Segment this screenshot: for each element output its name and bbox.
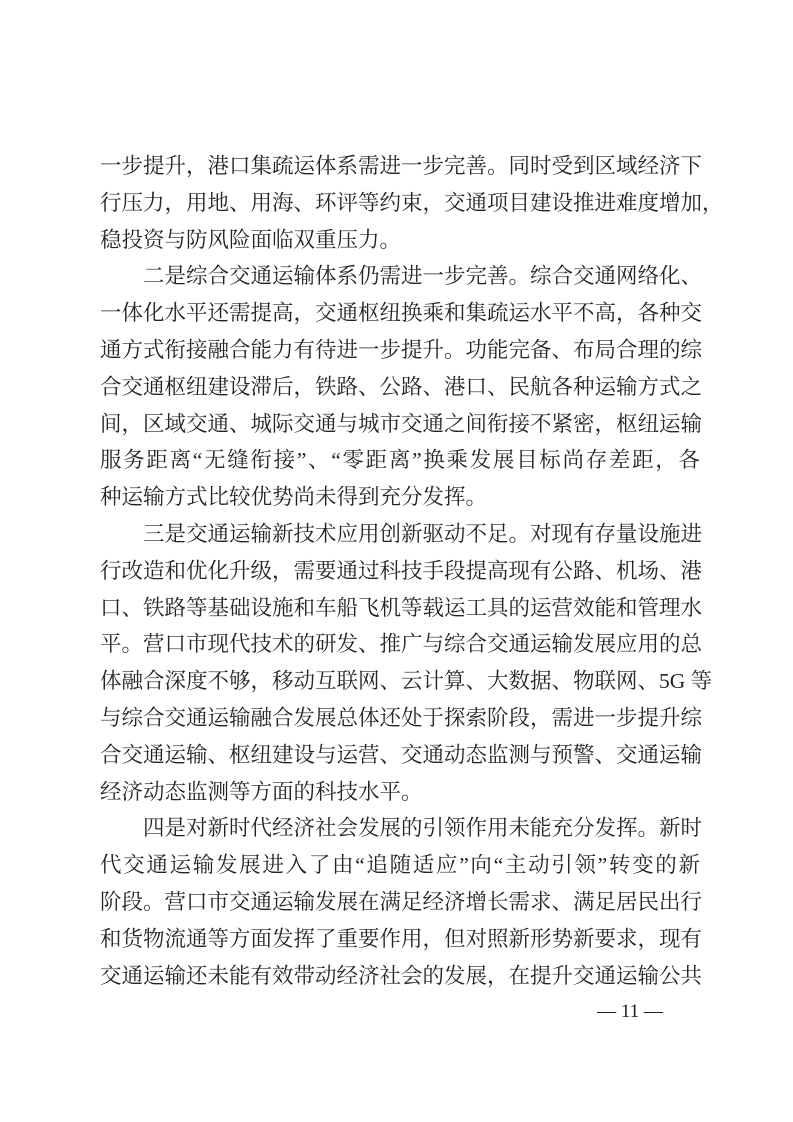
text-line: 代交通运输发展进入了由“追随适应”向“主动引领”转变的新 bbox=[100, 847, 700, 884]
text-line: 行压力，用地、用海、环评等约束，交通项目建设推进难度增加， bbox=[100, 185, 700, 222]
text-line: 种运输方式比较优势尚未得到充分发挥。 bbox=[100, 479, 700, 516]
text-line: 交通运输还未能有效带动经济社会的发展，在提升交通运输公共 bbox=[100, 958, 700, 995]
text-line: 合交通运输、枢纽建设与运营、交通动态监测与预警、交通运输 bbox=[100, 737, 700, 774]
text-line: 体融合深度不够，移动互联网、云计算、大数据、物联网、5G 等 bbox=[100, 663, 700, 700]
text-line: 平。营口市现代技术的研发、推广与综合交通运输发展应用的总 bbox=[100, 626, 700, 663]
text-line: 与综合交通运输融合发展总体还处于探索阶段，需进一步提升综 bbox=[100, 700, 700, 737]
document-page: 一步提升，港口集疏运体系需进一步完善。同时受到区域经济下 行压力，用地、用海、环… bbox=[0, 0, 793, 1122]
text-line: 服务距离“无缝衔接”、“零距离”换乘发展目标尚存差距，各 bbox=[100, 442, 700, 479]
text-line: 二是综合交通运输体系仍需进一步完善。综合交通网络化、 bbox=[100, 258, 700, 295]
text-line: 稳投资与防风险面临双重压力。 bbox=[100, 222, 700, 259]
document-body: 一步提升，港口集疏运体系需进一步完善。同时受到区域经济下 行压力，用地、用海、环… bbox=[100, 148, 700, 994]
text-line: 通方式衔接融合能力有待进一步提升。功能完备、布局合理的综 bbox=[100, 332, 700, 369]
text-line: 间，区域交通、城际交通与城市交通之间衔接不紧密，枢纽运输 bbox=[100, 406, 700, 443]
text-line: 口、铁路等基础设施和车船飞机等载运工具的运营效能和管理水 bbox=[100, 590, 700, 627]
text-line: 合交通枢纽建设滞后，铁路、公路、港口、民航各种运输方式之 bbox=[100, 369, 700, 406]
text-line: 阶段。营口市交通运输发展在满足经济增长需求、满足居民出行 bbox=[100, 884, 700, 921]
text-line: 行改造和优化升级，需要通过科技手段提高现有公路、机场、港 bbox=[100, 553, 700, 590]
text-line: 一体化水平还需提高，交通枢纽换乘和集疏运水平不高，各种交 bbox=[100, 295, 700, 332]
text-line: 三是交通运输新技术应用创新驱动不足。对现有存量设施进 bbox=[100, 516, 700, 553]
text-line: 一步提升，港口集疏运体系需进一步完善。同时受到区域经济下 bbox=[100, 148, 700, 185]
text-line: 四是对新时代经济社会发展的引领作用未能充分发挥。新时 bbox=[100, 810, 700, 847]
text-line: 经济动态监测等方面的科技水平。 bbox=[100, 774, 700, 811]
text-line: 和货物流通等方面发挥了重要作用，但对照新形势新要求，现有 bbox=[100, 921, 700, 958]
page-number: — 11 — bbox=[560, 1000, 700, 1024]
